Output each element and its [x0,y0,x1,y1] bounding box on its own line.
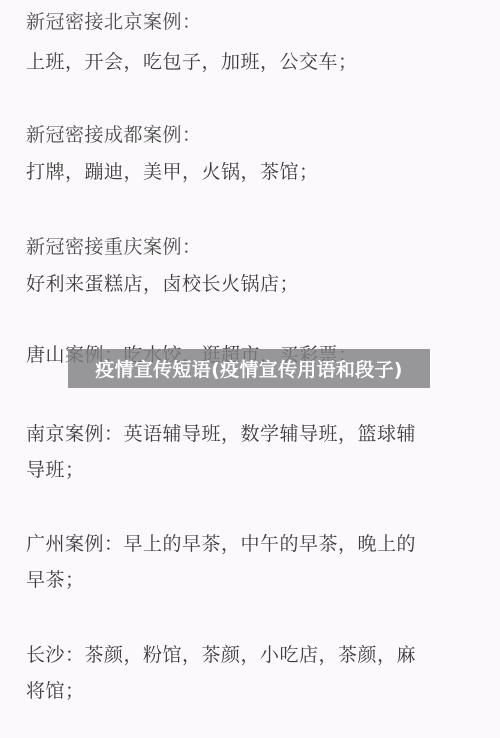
document-image: 新冠密接北京案例： 上班，开会，吃包子，加班，公交车； 新冠密接成都案例： 打牌… [0,0,500,738]
guangzhou-line-1: 广州案例：早上的早茶，中午的早茶，晚上的 [26,532,416,556]
chongqing-heading: 新冠密接重庆案例： [26,235,202,259]
guangzhou-line-2: 早茶； [26,568,85,592]
nanjing-line-1: 南京案例：英语辅导班，数学辅导班，篮球辅 [26,422,416,446]
changsha-line-1: 长沙：茶颜，粉馆，茶颜，小吃店，茶颜，麻 [26,643,416,667]
beijing-line: 上班，开会，吃包子，加班，公交车； [26,50,358,74]
changsha-line-2: 将馆； [26,679,85,703]
beijing-heading: 新冠密接北京案例： [26,10,202,34]
chongqing-line: 好利来蛋糕店，卤校长火锅店； [26,272,299,296]
nanjing-line-2: 导班； [26,458,85,482]
chengdu-heading: 新冠密接成都案例： [26,123,202,147]
overlay-title: 疫情宣传短语(疫情宣传用语和段子) [95,355,402,382]
title-overlay-banner: 疫情宣传短语(疫情宣传用语和段子) [68,349,430,388]
chengdu-line: 打牌，蹦迪，美甲，火锅，茶馆； [26,160,319,184]
